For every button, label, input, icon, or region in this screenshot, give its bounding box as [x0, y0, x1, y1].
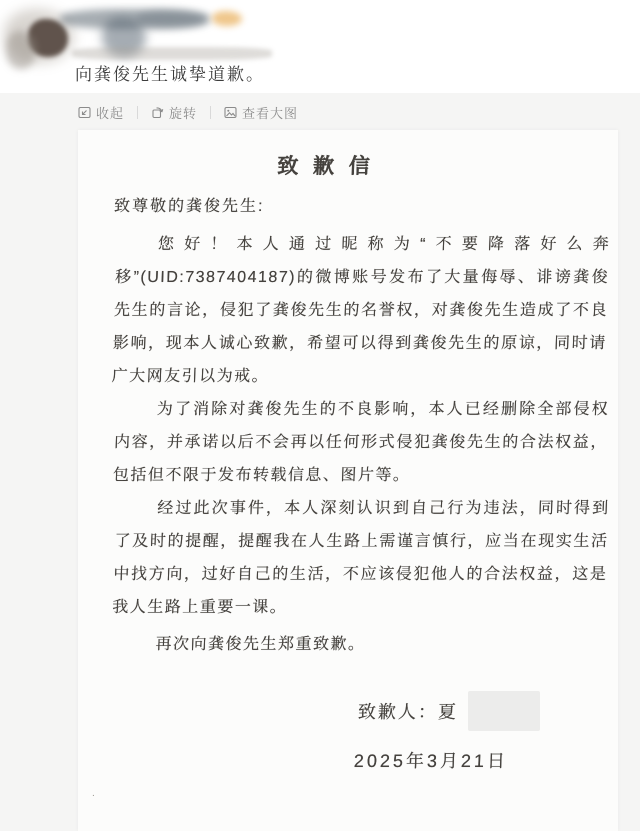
- post-header: 向龚俊先生诚挚道歉。: [0, 0, 640, 93]
- post-content: 向龚俊先生诚挚道歉。: [75, 60, 265, 85]
- collapse-icon: [78, 106, 91, 119]
- image-toolbar: 收起 旋转 查看大图: [78, 102, 298, 122]
- view-large-button[interactable]: 查看大图: [224, 103, 298, 122]
- letter-closing: 再次向龚俊先生郑重致歉。: [113, 628, 608, 661]
- apology-letter-image[interactable]: 致歉信 致尊敬的龚俊先生: 您好！本人通过昵称为“不要降落好么奔移”(UID:7…: [78, 130, 618, 831]
- scribble-blob: [212, 11, 242, 26]
- redacted-name-box: [468, 691, 540, 731]
- letter-date: 2025年3月21日: [114, 747, 509, 773]
- scribble-blob: [136, 11, 206, 27]
- collapse-label: 收起: [96, 103, 124, 122]
- toolbar-divider: [210, 106, 211, 119]
- signature-row: 致歉人：夏: [114, 691, 540, 731]
- censored-author-block: [4, 3, 284, 67]
- scribble-blob: [72, 47, 272, 60]
- view-large-label: 查看大图: [242, 103, 298, 122]
- letter-paragraph: 您好！本人通过昵称为“不要降落好么奔移”(UID:7387404187)的微博账…: [111, 228, 611, 393]
- rotate-icon: [151, 106, 164, 119]
- letter-paragraph: 为了消除对龚俊先生的不良影响，本人已经删除全部侵权内容，并承诺以后不会再以任何形…: [112, 393, 609, 492]
- view-large-image-icon: [224, 106, 237, 119]
- rotate-label: 旋转: [169, 103, 197, 122]
- letter-paragraph: 经过此次事件，本人深刻认识到自己行为违法，同时得到了及时的提醒，提醒我在人生路上…: [112, 492, 611, 624]
- rotate-button[interactable]: 旋转: [151, 103, 197, 122]
- letter-salutation: 致尊敬的龚俊先生:: [113, 192, 608, 222]
- scribble-blob: [6, 31, 36, 69]
- toolbar-divider: [137, 106, 138, 119]
- collapse-button[interactable]: 收起: [78, 103, 124, 122]
- paper-speck: .: [92, 788, 95, 799]
- signature-label: 致歉人：夏: [358, 698, 459, 724]
- letter-title: 致歉信: [113, 150, 548, 180]
- image-panel: 收起 旋转 查看大图: [0, 93, 640, 831]
